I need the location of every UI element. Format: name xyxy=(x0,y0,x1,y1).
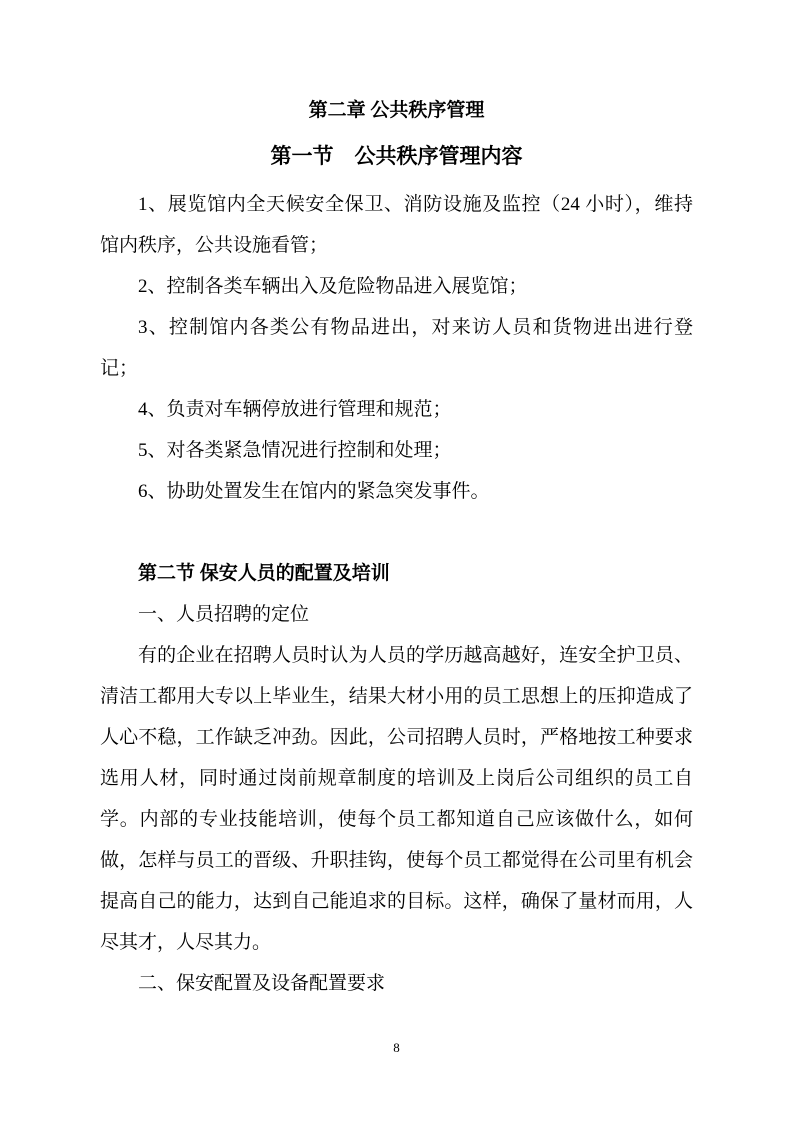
list-item-3: 3、控制馆内各类公有物品进出，对来访人员和货物进出进行登记； xyxy=(100,307,693,389)
subheading-equipment: 二、保安配置及设备配置要求 xyxy=(100,963,693,1004)
list-item-6: 6、协助处置发生在馆内的紧急突发事件。 xyxy=(100,471,693,512)
subheading-recruitment: 一、人员招聘的定位 xyxy=(100,594,693,635)
chapter-title: 第二章 公共秩序管理 xyxy=(100,98,693,124)
document-body: 1、展览馆内全天候安全保卫、消防设施及监控（24 小时），维持馆内秩序，公共设施… xyxy=(100,184,693,1004)
list-item-2: 2、控制各类车辆出入及危险物品进入展览馆； xyxy=(100,266,693,307)
document-page: 第二章 公共秩序管理 第一节 公共秩序管理内容 1、展览馆内全天候安全保卫、消防… xyxy=(0,0,793,1122)
list-item-1: 1、展览馆内全天候安全保卫、消防设施及监控（24 小时），维持馆内秩序，公共设施… xyxy=(100,184,693,266)
blank-line-spacer xyxy=(100,512,693,553)
page-number: 8 xyxy=(0,1040,793,1056)
list-item-4: 4、负责对车辆停放进行管理和规范； xyxy=(100,389,693,430)
section2-heading: 第二节 保安人员的配置及培训 xyxy=(100,553,693,594)
list-item-5: 5、对各类紧急情况进行控制和处理； xyxy=(100,430,693,471)
section1-heading: 第一节 公共秩序管理内容 xyxy=(100,142,693,172)
paragraph-recruitment: 有的企业在招聘人员时认为人员的学历越高越好，连安全护卫员、清洁工都用大专以上毕业… xyxy=(100,635,693,963)
